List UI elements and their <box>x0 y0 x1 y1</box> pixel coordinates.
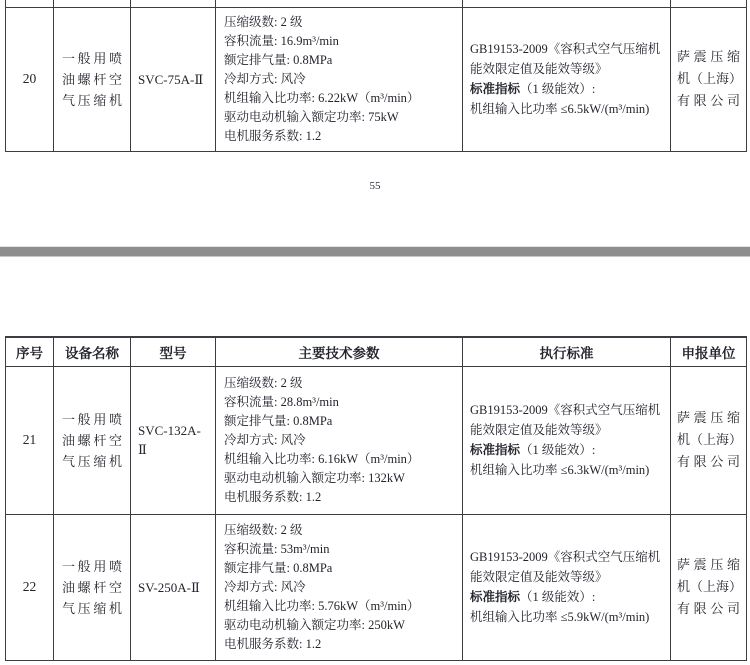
cell-empty <box>131 0 216 7</box>
text-line: 一般用喷 <box>62 556 122 577</box>
cell-serial: 22 <box>6 514 54 660</box>
header-device-name: 设备名称 <box>54 337 131 366</box>
table-row-20: 20 一般用喷 油螺杆空 气压缩机 SVC-75A-Ⅱ 压缩级数: 2 级 容积… <box>6 7 747 151</box>
header-company: 申报单位 <box>671 337 747 366</box>
header-standard: 执行标准 <box>463 337 671 366</box>
text-line: 额定排气量: 0.8MPa <box>216 559 462 578</box>
text-line: 机组输入比功率 ≤6.5kW/(m³/min) <box>463 99 670 119</box>
text-line: 能效限定值及能效等级》 <box>463 567 670 587</box>
text-line: 机（上海） <box>677 429 740 451</box>
text-line: 机组输入比功率: 6.16kW（m³/min） <box>216 450 462 469</box>
text-line: 机组输入比功率: 5.76kW（m³/min） <box>216 597 462 616</box>
text-line: 驱动电动机输入额定功率: 75kW <box>216 108 462 127</box>
header-serial: 序号 <box>6 337 54 366</box>
text-line: 有限公司 <box>677 598 740 620</box>
text-line: 容积流量: 16.9m³/min <box>216 32 462 51</box>
text-line: 油螺杆空 <box>62 430 122 451</box>
cell-device-name: 一般用喷 油螺杆空 气压缩机 <box>54 366 131 514</box>
cell-device-name: 一般用喷 油螺杆空 气压缩机 <box>54 514 131 660</box>
cell-empty <box>6 0 54 7</box>
cell-serial: 21 <box>6 366 54 514</box>
text-line: 气压缩机 <box>62 598 122 619</box>
text-line: 电机服务系数: 1.2 <box>216 488 462 507</box>
text-line: 机（上海） <box>677 68 740 90</box>
cell-company: 萨震压缩 机（上海） 有限公司 <box>671 366 747 514</box>
text-line: 油螺杆空 <box>62 69 122 90</box>
cell-serial: 20 <box>6 7 54 151</box>
cell-standard: GB19153-2009《容积式空气压缩机 能效限定值及能效等级》 标准指标（1… <box>463 366 671 514</box>
text-line: 压缩级数: 2 级 <box>216 374 462 393</box>
cell-tech-params: 压缩级数: 2 级 容积流量: 16.9m³/min 额定排气量: 0.8MPa… <box>216 7 463 151</box>
cell-model: SV-250A-Ⅱ <box>131 514 216 660</box>
cell-tech-params: 压缩级数: 2 级 容积流量: 28.8m³/min 额定排气量: 0.8MPa… <box>216 366 463 514</box>
text-line: 标准指标（1 级能效）: <box>463 587 670 607</box>
text-line: 冷却方式: 风冷 <box>216 431 462 450</box>
text-line: 一般用喷 <box>62 409 122 430</box>
text-line: Ⅱ <box>131 440 215 459</box>
text-line: 标准指标（1 级能效）: <box>463 440 670 460</box>
text-line: SVC-75A-Ⅱ <box>131 70 215 89</box>
text-line: 驱动电动机输入额定功率: 250kW <box>216 616 462 635</box>
text-line: 压缩级数: 2 级 <box>216 13 462 32</box>
cell-tech-params: 压缩级数: 2 级 容积流量: 53m³/min 额定排气量: 0.8MPa 冷… <box>216 514 463 660</box>
cell-empty <box>216 0 463 7</box>
header-model: 型号 <box>131 337 216 366</box>
text-line: 机组输入比功率 ≤5.9kW/(m³/min) <box>463 607 670 627</box>
standard-indicator-rest: （1 级能效）: <box>520 82 595 96</box>
cell-empty <box>54 0 131 7</box>
text-line: 能效限定值及能效等级》 <box>463 59 670 79</box>
cell-model: SVC-132A- Ⅱ <box>131 366 216 514</box>
text-line: 机（上海） <box>677 576 740 598</box>
table-row-22: 22 一般用喷 油螺杆空 气压缩机 SV-250A-Ⅱ 压缩级数: 2 级 容积… <box>6 514 747 660</box>
cell-empty <box>463 0 671 7</box>
table-header-row: 序号 设备名称 型号 主要技术参数 执行标准 申报单位 <box>6 337 747 366</box>
text-line: 气压缩机 <box>62 451 122 472</box>
text-line: 驱动电动机输入额定功率: 132kW <box>216 469 462 488</box>
text-line: 有限公司 <box>677 90 740 112</box>
text-line: SV-250A-Ⅱ <box>131 578 215 597</box>
text-line: 萨震压缩 <box>677 554 740 576</box>
page-number: 55 <box>0 180 750 192</box>
text-line: SVC-132A- <box>131 421 215 440</box>
text-line: 有限公司 <box>677 451 740 473</box>
text-line: 冷却方式: 风冷 <box>216 578 462 597</box>
text-line: 气压缩机 <box>62 90 122 111</box>
cell-device-name: 一般用喷 油螺杆空 气压缩机 <box>54 7 131 151</box>
spec-table-bottom-page: 序号 设备名称 型号 主要技术参数 执行标准 申报单位 21 一般用喷 油螺杆空… <box>5 336 747 661</box>
text-line: 能效限定值及能效等级》 <box>463 420 670 440</box>
text-line: 机组输入比功率: 6.22kW（m³/min） <box>216 89 462 108</box>
standard-indicator-label: 标准指标 <box>470 590 520 604</box>
table-row-cutoff <box>6 0 747 7</box>
text-line: GB19153-2009《容积式空气压缩机 <box>463 547 670 567</box>
text-line: 冷却方式: 风冷 <box>216 70 462 89</box>
header-tech-params: 主要技术参数 <box>216 337 463 366</box>
text-line: 额定排气量: 0.8MPa <box>216 51 462 70</box>
text-line: 额定排气量: 0.8MPa <box>216 412 462 431</box>
text-line: 电机服务系数: 1.2 <box>216 635 462 654</box>
text-line: 压缩级数: 2 级 <box>216 521 462 540</box>
cell-company: 萨震压缩 机（上海） 有限公司 <box>671 514 747 660</box>
text-line: 萨震压缩 <box>677 46 740 68</box>
spec-table-top-page: 20 一般用喷 油螺杆空 气压缩机 SVC-75A-Ⅱ 压缩级数: 2 级 容积… <box>5 0 747 152</box>
page-separator <box>0 246 750 257</box>
cell-empty <box>671 0 747 7</box>
standard-indicator-rest: （1 级能效）: <box>520 590 595 604</box>
text-line: 萨震压缩 <box>677 407 740 429</box>
cell-standard: GB19153-2009《容积式空气压缩机 能效限定值及能效等级》 标准指标（1… <box>463 514 671 660</box>
cell-model: SVC-75A-Ⅱ <box>131 7 216 151</box>
document-page-view: 20 一般用喷 油螺杆空 气压缩机 SVC-75A-Ⅱ 压缩级数: 2 级 容积… <box>0 0 750 665</box>
text-line: 机组输入比功率 ≤6.3kW/(m³/min) <box>463 460 670 480</box>
text-line: 标准指标（1 级能效）: <box>463 79 670 99</box>
standard-indicator-label: 标准指标 <box>470 443 520 457</box>
standard-indicator-rest: （1 级能效）: <box>520 443 595 457</box>
text-line: 容积流量: 53m³/min <box>216 540 462 559</box>
text-line: 电机服务系数: 1.2 <box>216 127 462 146</box>
cell-company: 萨震压缩 机（上海） 有限公司 <box>671 7 747 151</box>
table-row-21: 21 一般用喷 油螺杆空 气压缩机 SVC-132A- Ⅱ 压缩级数: 2 级 … <box>6 366 747 514</box>
text-line: GB19153-2009《容积式空气压缩机 <box>463 400 670 420</box>
text-line: 油螺杆空 <box>62 577 122 598</box>
standard-indicator-label: 标准指标 <box>470 82 520 96</box>
cell-standard: GB19153-2009《容积式空气压缩机 能效限定值及能效等级》 标准指标（1… <box>463 7 671 151</box>
text-line: 一般用喷 <box>62 48 122 69</box>
text-line: GB19153-2009《容积式空气压缩机 <box>463 39 670 59</box>
text-line: 容积流量: 28.8m³/min <box>216 393 462 412</box>
